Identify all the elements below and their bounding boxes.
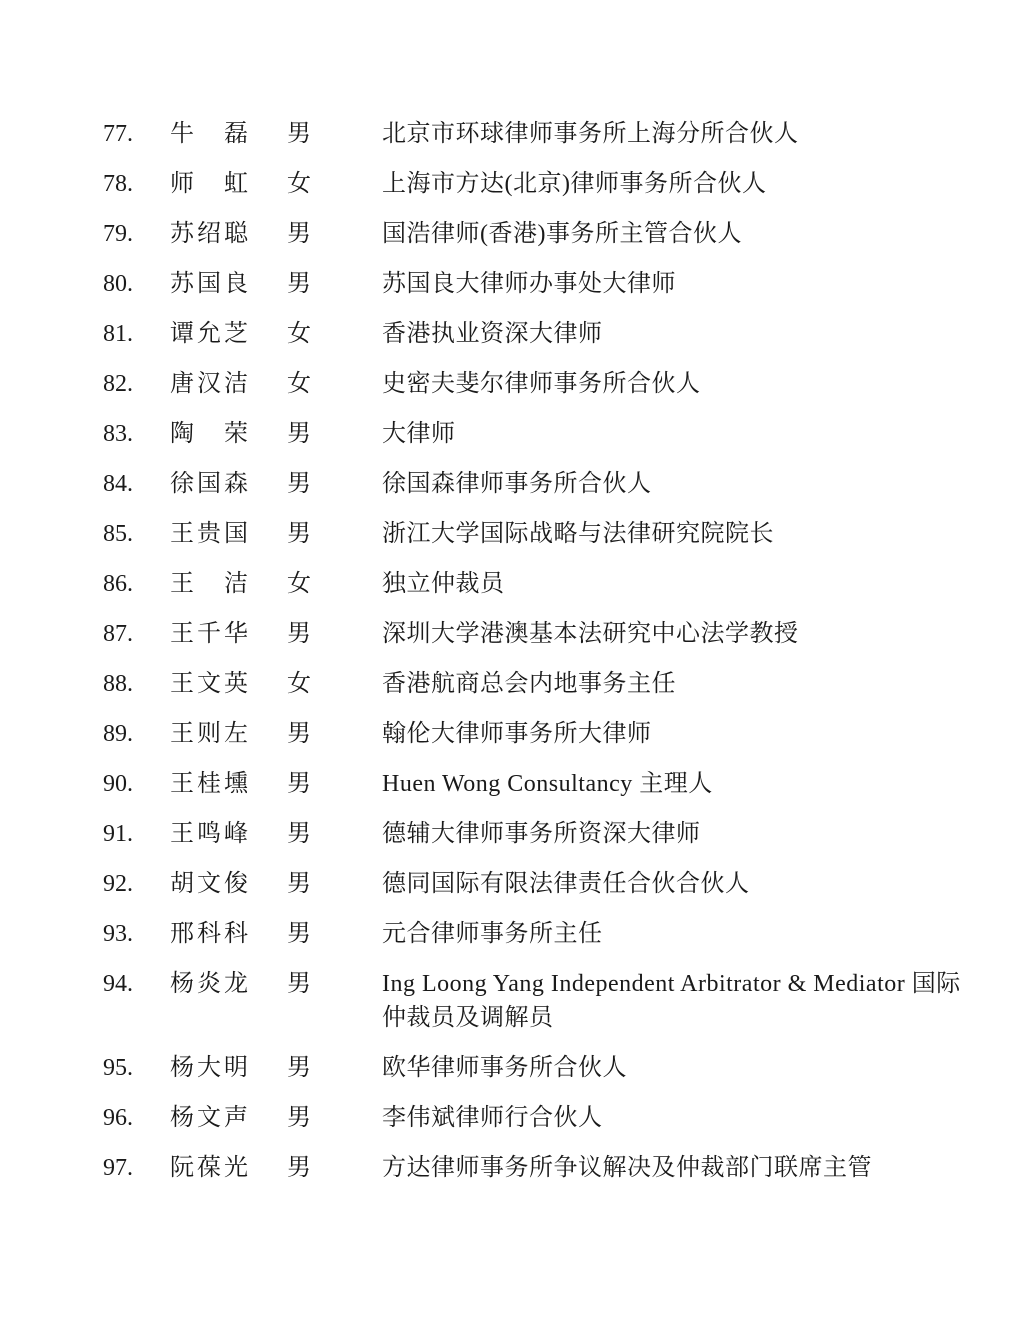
list-item: 85. 王贵国 男 浙江大学国际战略与法律研究院院长	[103, 517, 980, 551]
person-position: 史密夫斐尔律师事务所合伙人	[382, 367, 962, 401]
person-name: 杨文声	[170, 1101, 287, 1135]
person-gender: 女	[287, 667, 382, 701]
person-name: 徐国森	[170, 467, 287, 501]
person-gender: 男	[287, 1051, 382, 1085]
person-gender: 男	[287, 417, 382, 451]
person-gender: 女	[287, 567, 382, 601]
arbitrator-list: 77. 牛 磊 男 北京市环球律师事务所上海分所合伙人 78. 师 虹 女 上海…	[103, 117, 980, 1185]
person-position: 大律师	[382, 417, 962, 451]
person-gender: 男	[287, 617, 382, 651]
person-position: 德辅大律师事务所资深大律师	[382, 817, 962, 851]
person-name: 杨大明	[170, 1051, 287, 1085]
person-position: 独立仲裁员	[382, 567, 962, 601]
person-gender: 女	[287, 167, 382, 201]
person-name: 谭允芝	[170, 317, 287, 351]
person-position: 浙江大学国际战略与法律研究院院长	[382, 517, 962, 551]
person-name: 王则左	[170, 717, 287, 751]
person-name: 王贵国	[170, 517, 287, 551]
person-position: 香港航商总会内地事务主任	[382, 667, 962, 701]
list-item: 90. 王桂壎 男 Huen Wong Consultancy 主理人	[103, 767, 980, 801]
row-number: 78.	[103, 167, 170, 201]
row-number: 96.	[103, 1101, 170, 1135]
row-number: 93.	[103, 917, 170, 951]
person-name: 陶 荣	[170, 417, 287, 451]
row-number: 86.	[103, 567, 170, 601]
person-name: 邢科科	[170, 917, 287, 951]
list-item: 79. 苏绍聪 男 国浩律师(香港)事务所主管合伙人	[103, 217, 980, 251]
list-item: 84. 徐国森 男 徐国森律师事务所合伙人	[103, 467, 980, 501]
person-name: 王桂壎	[170, 767, 287, 801]
list-item: 93. 邢科科 男 元合律师事务所主任	[103, 917, 980, 951]
person-position: 徐国森律师事务所合伙人	[382, 467, 962, 501]
row-number: 95.	[103, 1051, 170, 1085]
person-gender: 男	[287, 967, 382, 1001]
person-position: 方达律师事务所争议解决及仲裁部门联席主管	[382, 1151, 962, 1185]
person-gender: 女	[287, 317, 382, 351]
person-gender: 女	[287, 367, 382, 401]
list-item: 92. 胡文俊 男 德同国际有限法律责任合伙合伙人	[103, 867, 980, 901]
person-gender: 男	[287, 517, 382, 551]
person-position: 深圳大学港澳基本法研究中心法学教授	[382, 617, 962, 651]
row-number: 83.	[103, 417, 170, 451]
list-item: 88. 王文英 女 香港航商总会内地事务主任	[103, 667, 980, 701]
person-gender: 男	[287, 767, 382, 801]
person-gender: 男	[287, 467, 382, 501]
person-position: 德同国际有限法律责任合伙合伙人	[382, 867, 962, 901]
list-item: 81. 谭允芝 女 香港执业资深大律师	[103, 317, 980, 351]
document-page: 77. 牛 磊 男 北京市环球律师事务所上海分所合伙人 78. 师 虹 女 上海…	[0, 0, 1020, 1320]
person-position: Huen Wong Consultancy 主理人	[382, 767, 962, 801]
list-item: 89. 王则左 男 翰伦大律师事务所大律师	[103, 717, 980, 751]
person-name: 王千华	[170, 617, 287, 651]
person-position: 翰伦大律师事务所大律师	[382, 717, 962, 751]
person-position: 北京市环球律师事务所上海分所合伙人	[382, 117, 962, 151]
list-item: 96. 杨文声 男 李伟斌律师行合伙人	[103, 1101, 980, 1135]
list-item: 94. 杨炎龙 男 Ing Loong Yang Independent Arb…	[103, 967, 980, 1035]
list-item: 97. 阮葆光 男 方达律师事务所争议解决及仲裁部门联席主管	[103, 1151, 980, 1185]
person-name: 师 虹	[170, 167, 287, 201]
row-number: 80.	[103, 267, 170, 301]
row-number: 88.	[103, 667, 170, 701]
person-name: 唐汉洁	[170, 367, 287, 401]
person-name: 阮葆光	[170, 1151, 287, 1185]
list-item: 77. 牛 磊 男 北京市环球律师事务所上海分所合伙人	[103, 117, 980, 151]
list-item: 86. 王 洁 女 独立仲裁员	[103, 567, 980, 601]
row-number: 87.	[103, 617, 170, 651]
person-position: 李伟斌律师行合伙人	[382, 1101, 962, 1135]
person-position: 欧华律师事务所合伙人	[382, 1051, 962, 1085]
row-number: 85.	[103, 517, 170, 551]
person-position: Ing Loong Yang Independent Arbitrator & …	[382, 967, 962, 1035]
row-number: 84.	[103, 467, 170, 501]
person-name: 王鸣峰	[170, 817, 287, 851]
list-item: 95. 杨大明 男 欧华律师事务所合伙人	[103, 1051, 980, 1085]
person-position: 香港执业资深大律师	[382, 317, 962, 351]
person-gender: 男	[287, 917, 382, 951]
person-gender: 男	[287, 1151, 382, 1185]
person-name: 牛 磊	[170, 117, 287, 151]
person-position: 国浩律师(香港)事务所主管合伙人	[382, 217, 962, 251]
row-number: 89.	[103, 717, 170, 751]
person-gender: 男	[287, 867, 382, 901]
person-name: 杨炎龙	[170, 967, 287, 1001]
row-number: 82.	[103, 367, 170, 401]
list-item: 83. 陶 荣 男 大律师	[103, 417, 980, 451]
person-gender: 男	[287, 817, 382, 851]
person-name: 苏国良	[170, 267, 287, 301]
list-item: 91. 王鸣峰 男 德辅大律师事务所资深大律师	[103, 817, 980, 851]
list-item: 87. 王千华 男 深圳大学港澳基本法研究中心法学教授	[103, 617, 980, 651]
person-position: 苏国良大律师办事处大律师	[382, 267, 962, 301]
row-number: 91.	[103, 817, 170, 851]
row-number: 77.	[103, 117, 170, 151]
person-gender: 男	[287, 717, 382, 751]
row-number: 79.	[103, 217, 170, 251]
person-position: 上海市方达(北京)律师事务所合伙人	[382, 167, 962, 201]
person-position: 元合律师事务所主任	[382, 917, 962, 951]
list-item: 78. 师 虹 女 上海市方达(北京)律师事务所合伙人	[103, 167, 980, 201]
row-number: 81.	[103, 317, 170, 351]
person-name: 胡文俊	[170, 867, 287, 901]
list-item: 82. 唐汉洁 女 史密夫斐尔律师事务所合伙人	[103, 367, 980, 401]
row-number: 94.	[103, 967, 170, 1001]
person-gender: 男	[287, 1101, 382, 1135]
person-name: 王 洁	[170, 567, 287, 601]
person-gender: 男	[287, 217, 382, 251]
row-number: 90.	[103, 767, 170, 801]
row-number: 92.	[103, 867, 170, 901]
person-gender: 男	[287, 267, 382, 301]
person-name: 苏绍聪	[170, 217, 287, 251]
row-number: 97.	[103, 1151, 170, 1185]
person-name: 王文英	[170, 667, 287, 701]
person-gender: 男	[287, 117, 382, 151]
list-item: 80. 苏国良 男 苏国良大律师办事处大律师	[103, 267, 980, 301]
